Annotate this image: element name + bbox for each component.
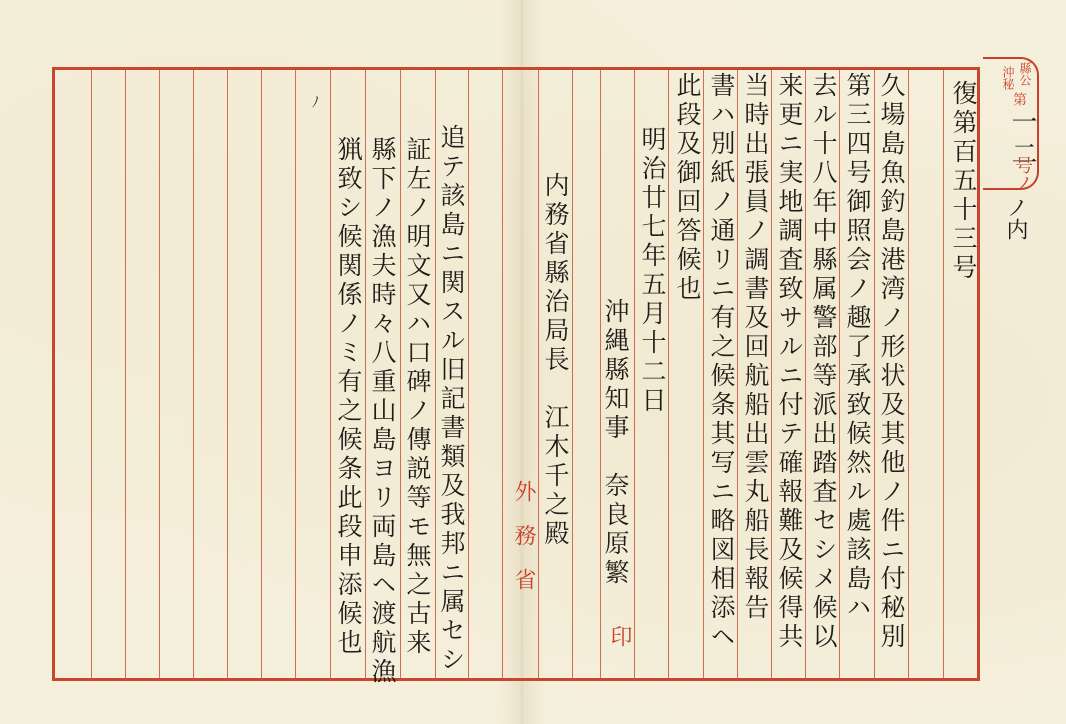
rule-line xyxy=(365,70,366,679)
rule-line xyxy=(634,70,635,679)
column-sender: 沖縄縣知事 奈良原繁 xyxy=(600,298,630,588)
rule-line xyxy=(771,70,772,679)
ink-mark: ﾉ xyxy=(312,92,319,112)
rule-line xyxy=(668,70,669,679)
column-postscript: 縣下ノ漁夫時々八重山島ヨリ両島ヘ渡航漁 xyxy=(367,136,397,687)
annotation-right: ノ内 xyxy=(1000,196,1031,240)
rule-line xyxy=(261,70,262,679)
rule-line xyxy=(502,70,503,679)
rule-line xyxy=(943,70,944,679)
rule-line xyxy=(805,70,806,679)
column-postscript: 猟致シ候関係ノミ有之候条此段申添候也 xyxy=(333,136,363,658)
rule-line xyxy=(737,70,738,679)
sender-seal: 印 xyxy=(604,625,634,651)
column-postscript: 追テ該島ニ関スル旧記書類及我邦ニ属セシ xyxy=(436,124,466,675)
rule-line xyxy=(295,70,296,679)
rule-line xyxy=(703,70,704,679)
column-recipient: 内務省縣治局長 江木千之殿 xyxy=(540,172,570,549)
rule-line xyxy=(908,70,909,679)
ministry-stamp-text: 外務省 xyxy=(508,480,538,612)
column-text: 書ハ別紙ノ通リニ有之候条其写ニ略図相添ヘ xyxy=(706,72,736,652)
column-reference-number: 復第百五十三号 xyxy=(948,80,978,283)
rule-line xyxy=(330,70,331,679)
rule-line xyxy=(839,70,840,679)
rule-line xyxy=(227,70,228,679)
rule-line xyxy=(193,70,194,679)
rule-line xyxy=(538,70,539,679)
column-postscript: 証左ノ明文又ハ口碑ノ傳説等モ無之古来 xyxy=(402,136,432,658)
rule-line xyxy=(159,70,160,679)
column-text: 此段及御回答候也 xyxy=(672,72,702,304)
column-date: 明治廿七年五月十二日 xyxy=(637,126,667,416)
rule-line xyxy=(468,70,469,679)
column-text: 当時出張員ノ調書及回航船出雲丸船長報告 xyxy=(740,72,770,623)
rule-line xyxy=(125,70,126,679)
rule-line xyxy=(572,70,573,679)
stamp-small-text-left: 沖秘 xyxy=(1001,66,1014,90)
rule-line xyxy=(91,70,92,679)
rule-line xyxy=(874,70,875,679)
stamp-small-text-right: 縣公 xyxy=(1018,62,1031,86)
column-text: 第三四号御照会ノ趣了承致候然ル處該島ハ xyxy=(842,72,872,623)
column-text: 去ル十八年中縣属警部等派出踏査セシメ候以 xyxy=(808,72,838,652)
rule-line xyxy=(400,70,401,679)
column-text: 久場島魚釣島港湾ノ形状及其他ノ件ニ付秘別 xyxy=(876,72,906,652)
stamp-prefix: 第 xyxy=(1012,92,1025,106)
stamp-suffix: 号ノ xyxy=(1009,156,1035,192)
column-text: 来更ニ実地調査致サルニ付テ確報難及候得共 xyxy=(774,72,804,652)
